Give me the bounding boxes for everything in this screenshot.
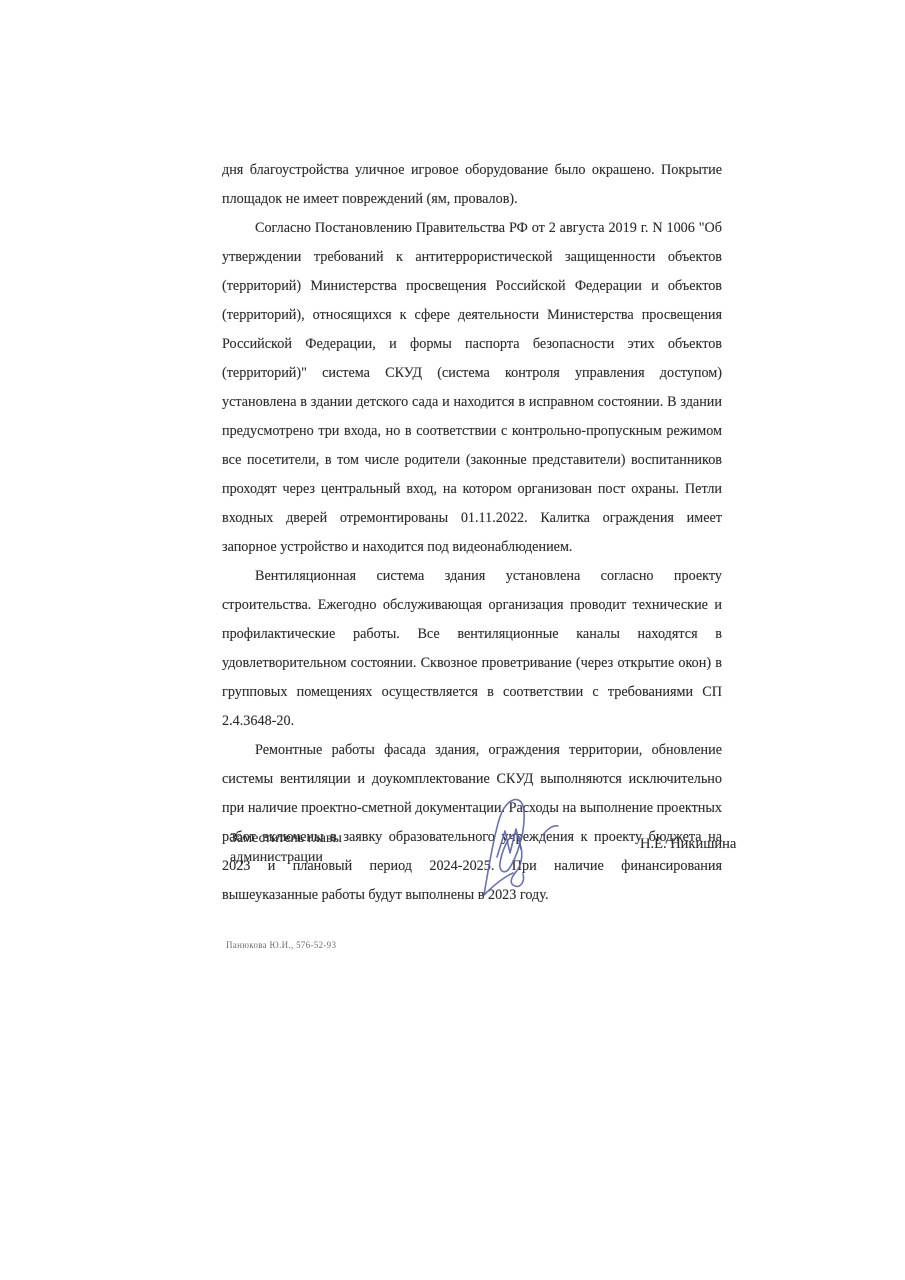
signer-position-title: Заместитель главы администрации [230, 829, 342, 867]
paragraph-skud-access-system: Согласно Постановлению Правительства РФ … [222, 214, 722, 562]
executor-contact-note: Панюкова Ю.И., 576-52-93 [226, 940, 336, 950]
paragraph-ventilation-system: Вентиляционная система здания установлен… [222, 562, 722, 736]
paragraph-playground-condition: дня благоустройства уличное игровое обор… [222, 156, 722, 214]
signer-position-line2: администрации [230, 848, 342, 867]
scanned-document-page: дня благоустройства уличное игровое обор… [0, 0, 905, 1280]
signer-name: Н.Е. Никишина [640, 836, 736, 853]
signature-ink [470, 793, 566, 901]
signer-position-line1: Заместитель главы [230, 829, 342, 848]
